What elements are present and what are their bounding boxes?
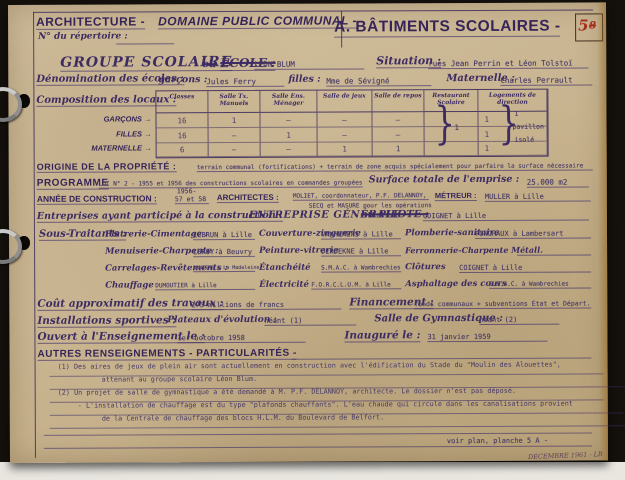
plateaux-value: néant (1) xyxy=(264,316,356,325)
origine-value: terrain communal (fortifications) + terr… xyxy=(197,162,593,172)
surface-value: 25.000 m2 xyxy=(527,177,589,187)
blank-rule xyxy=(44,432,592,435)
annee-label: ANNÉE DE CONSTRUCTION : xyxy=(37,193,157,205)
sub-label: Clôtures xyxy=(405,262,445,272)
composition-table: Classes Salle Tx. Manuels Salle Ens. Mén… xyxy=(155,89,548,159)
ou-pilote-struck: ou PILOTE : xyxy=(361,209,429,220)
title-rule xyxy=(292,357,592,359)
sport-label: Installations sportives : xyxy=(37,314,176,328)
cout-value: 275 millions de francs xyxy=(191,301,341,311)
ouverture-value: 1er octobre 1958 xyxy=(177,334,305,344)
archival-scan: ARCHITECTURE - DOMAINE PUBLIC COMMUNAL -… xyxy=(0,0,625,480)
col-header: Classes xyxy=(156,91,208,113)
garcons-label: garçons : xyxy=(158,74,207,85)
col-header: Salle de jeux xyxy=(317,90,372,112)
sub-value: LEROY à Beuvry xyxy=(193,248,255,257)
annee-value-bottom: 57 et 58 xyxy=(175,195,209,204)
classification-number-box: 5 8 xyxy=(575,13,603,41)
note-line: de la Centrale de chauffage des blocs H.… xyxy=(50,412,625,429)
sub-value: S.M.A.C. à Wambrechies xyxy=(489,280,591,288)
restaurant-brace: } xyxy=(434,101,455,146)
logements-note-3: isolé xyxy=(515,136,535,144)
filles-value: Mme de Sévigné xyxy=(326,76,431,86)
cell: 16 xyxy=(156,113,208,128)
cell: 6 xyxy=(157,143,209,157)
sub-value: DERDEKNE à Lille xyxy=(321,247,401,256)
sub-label: Électricité xyxy=(259,280,309,290)
autres-title: AUTRES RENSEIGNEMENTS - PARTICULARITÉS - xyxy=(38,348,297,361)
origine-label: ORIGINE DE LA PROPRIÉTÉ : xyxy=(37,161,177,173)
domain-title: DOMAINE PUBLIC COMMUNAL - xyxy=(158,13,357,29)
col-header: Salle Ens. Ménager xyxy=(260,91,317,113)
footer-rule xyxy=(44,445,592,448)
ou-word-struck: ou xyxy=(202,59,216,70)
sub-value xyxy=(517,246,591,255)
cell: — xyxy=(373,127,425,142)
inaugure-label: Inauguré le : xyxy=(344,329,420,342)
maternelle-value: Charles Perrault xyxy=(500,75,592,85)
date-stamp: DÉCEMBRE 1961 - LB xyxy=(528,450,603,461)
architectes-value: MOLIET, coordonnateur, P.F. DELANNOY, xyxy=(293,192,429,201)
sub-value: F.O.R.C.L.U.M. à Lille xyxy=(311,281,401,289)
inaugure-value: 31 janvier 1959 xyxy=(427,333,547,343)
metreur-label: MÉTREUR : xyxy=(435,191,477,201)
entreprise-generale-value: COIGNET à Lille xyxy=(423,211,589,221)
financement-value: fonds communaux + subventions État et Dé… xyxy=(414,299,591,309)
cell: — xyxy=(372,112,424,127)
plan-reference: voir plan, planche 5 A - xyxy=(447,437,548,445)
cell: — xyxy=(209,128,261,143)
form-top-border xyxy=(33,9,593,12)
cell: — xyxy=(318,127,373,142)
row-label-filles: FILLES → xyxy=(67,129,152,138)
surface-label: Surface totale de l'emprise : xyxy=(369,174,519,186)
sub-value: VANHEMENS à Lille xyxy=(321,230,401,239)
gym-value: néant (2) xyxy=(479,316,559,325)
page-number-crossed: 8 xyxy=(589,20,596,31)
form-page: ARCHITECTURE - DOMAINE PUBLIC COMMUNAL -… xyxy=(8,2,608,463)
sub-label: Étanchéité xyxy=(259,263,310,273)
filles-label: filles : xyxy=(288,74,320,85)
col-header: Salle Tx. Manuels xyxy=(208,91,260,113)
cell: 16 xyxy=(157,128,209,143)
cell: — xyxy=(317,112,372,127)
logements-note-2: pavillon xyxy=(513,123,544,131)
sub-value: COIGNET à Lille xyxy=(459,263,591,273)
situation-value: rues Jean Perrin et Léon Tolstoï xyxy=(428,58,588,69)
entreprises-label: Entreprises ayant participé à la constru… xyxy=(37,210,283,223)
restaurant-shared-value: 1 xyxy=(455,123,460,132)
programme-value: LOI N° 2 - 1955 et 1956 des construction… xyxy=(99,179,363,188)
page-number: 5 xyxy=(578,16,589,34)
sub-value: BAUTERS à La Madeleine xyxy=(193,265,255,272)
cell: 1 xyxy=(208,113,260,128)
cell: 1 xyxy=(261,128,318,143)
cell: — xyxy=(261,143,318,157)
col-header: Salle de repos xyxy=(372,90,424,112)
logements-note-1: 1 xyxy=(514,110,518,118)
row-label-garcons: GARÇONS → xyxy=(66,114,151,123)
sub-value: S.M.A.C. à Wambrechies xyxy=(321,264,401,272)
repertoire-label: N° du répertoire : xyxy=(38,31,128,41)
cell: — xyxy=(209,143,261,157)
section-title: ARCHITECTURE - xyxy=(36,14,145,29)
cell: — xyxy=(260,113,317,128)
cell: 1 xyxy=(373,142,425,156)
sub-label: Chauffage xyxy=(105,280,154,290)
sub-value: DUMOUTIER à Lille xyxy=(155,282,255,290)
cell: 1 xyxy=(318,142,373,156)
sub-value: LEBRUN à Lille xyxy=(193,231,255,240)
annee-value-top: 1956- xyxy=(177,187,197,195)
plateaux-label: Plateaux d'évolution : xyxy=(167,315,276,325)
row-label-maternelle: MATERNELLE → xyxy=(67,143,152,152)
scanner-background xyxy=(0,462,625,480)
architectes-label: ARCHITECTES : xyxy=(217,193,279,203)
repertoire-blank xyxy=(116,34,174,44)
school-name-value: LÉON BLUM xyxy=(254,59,364,69)
category-title: A. BÂTIMENTS SCOLAIRES - xyxy=(334,18,561,38)
garcons-value: Jules Ferry xyxy=(206,77,284,87)
metreur-value: MULLER à Lille xyxy=(485,192,591,201)
programme-label: PROGRAMME xyxy=(37,178,109,190)
sub-value: PONCHAUX à Lambersart xyxy=(475,229,591,239)
